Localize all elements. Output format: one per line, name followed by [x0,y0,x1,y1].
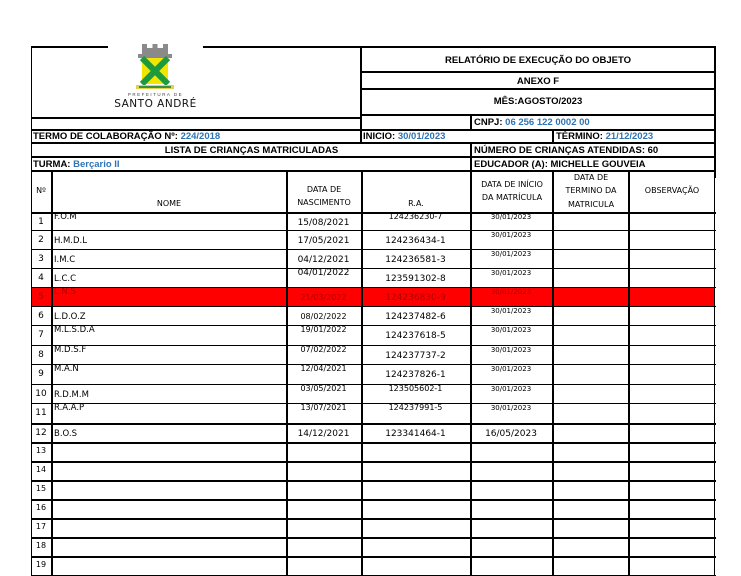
grid-line [31,461,716,463]
col-nascimento-l2: NASCIMENTO [287,198,361,207]
child-name: L.C.C [54,274,286,284]
row-number: 1 [31,217,51,227]
turma: TURMA: Berçario II [33,159,120,170]
table-row [31,537,714,556]
student-ra: 124237482-6 [361,312,470,322]
children-count: NÚMERO DE CRIANÇAS ATENDIDAS: 60 [474,145,658,156]
child-name: B.O.S [54,429,286,439]
col-termino-l2: TERMINO DA [553,186,629,195]
birth-date: 08/02/2022 [286,312,361,321]
grid-line [470,171,472,576]
grid-line [31,480,716,482]
educador: EDUCADOR (A): MICHELLE GOUVEIA [474,159,646,170]
grid-line [31,384,716,385]
logo-subtitle: PREFEITURA DE [108,92,203,97]
enrollment-start: 30/01/2023 [470,250,552,258]
row-number: 12 [31,428,51,438]
grid-line [31,537,716,539]
termino-value: 21/12/2023 [606,131,654,142]
row-number: 3 [31,254,51,264]
student-ra: 124236581-3 [361,255,470,265]
row-number: 15 [31,484,51,493]
birth-date: 04/01/2022 [286,268,361,278]
enrollment-start: 30/01/2023 [470,288,552,296]
child-name: H.M.D.L [54,236,286,246]
inicio-label: INICIO: [363,131,395,142]
border [31,46,32,178]
birth-date: 21/03/2022 [286,293,361,302]
cnpj-label: CNPJ: [474,117,503,128]
termino-label: TÉRMINO: [556,131,603,142]
grid-line [31,403,716,404]
border [31,117,361,119]
student-ra: 124237826-1 [361,370,470,380]
birth-date: 17/05/2021 [286,236,361,246]
grid-line [31,442,716,444]
grid-line [31,423,716,425]
col-inicio-l1: DATA DE INÍCIO [471,180,553,189]
border [552,129,554,143]
row-number: 13 [31,446,51,455]
row-number: 8 [31,350,51,360]
border [201,46,716,48]
child-name: M.A.N [54,364,286,374]
col-ra: R.A. [362,199,470,208]
child-name: M.D.S.F [54,345,286,355]
birth-date: 04/12/2021 [286,255,361,265]
border [31,46,111,48]
row-number: 6 [31,311,51,321]
grid-line [31,518,716,520]
row-number: 16 [31,503,51,512]
row-number: 10 [31,389,51,399]
student-ra: 124236830-9 [361,293,470,303]
student-ra: 124237991-5 [361,403,470,412]
annex-label: ANEXO F [362,76,714,87]
border [470,114,472,130]
birth-date: 12/04/2021 [286,364,361,373]
border [361,114,716,116]
student-ra: 124237737-2 [361,351,470,361]
col-nome: NOME [52,199,286,208]
table-row [31,461,714,480]
birth-date: 03/05/2021 [286,384,361,393]
enrollment-start: 16/05/2023 [470,429,552,439]
grid-line [552,171,554,576]
table-row [31,499,714,518]
enrollment-start: 30/01/2023 [470,385,552,393]
col-termino-l3: MATRICULA [553,200,629,209]
santo-andre-logo: PREFEITURA DE SANTO ANDRÉ [108,42,203,114]
student-ra: 123341464-1 [361,429,470,439]
grid-line [31,249,716,250]
student-ra: 123591302-8 [361,274,470,284]
cnpj-value: 06 256 122 0002 00 [505,117,590,128]
birth-date: 07/02/2022 [286,345,361,354]
grid-line [31,306,716,307]
grid-line [286,171,288,576]
month-label: MÊS:AGOSTO/2023 [362,96,714,107]
row-number: 11 [31,408,51,418]
child-name: L.D.O.Z [54,312,286,322]
col-termino-l1: DATA DE [553,173,629,182]
row-number: 14 [31,465,51,474]
enrollment-start: 30/01/2023 [470,326,552,334]
turma-label: TURMA: [33,159,70,170]
enrollment-start: 30/01/2023 [470,365,552,373]
table-row [31,480,714,499]
birth-date: 15/08/2021 [286,218,361,228]
logo-city: SANTO ANDRÉ [108,98,203,110]
child-name: R.A.A.P [54,403,286,413]
grid-line [628,171,630,576]
grid-line [31,268,716,269]
grid-line [31,325,716,326]
grid-line [31,499,716,501]
table-row [31,442,714,461]
col-nascimento-l1: DATA DE [287,185,361,194]
inicio-value: 30/01/2023 [398,131,446,142]
grid-line [361,171,363,576]
border [361,88,716,90]
grid-line [31,287,716,288]
row-number: 7 [31,330,51,340]
grid-line [31,556,716,558]
turma-value: Berçario II [73,159,119,170]
student-ra: 123505602-1 [361,384,470,393]
border [361,71,716,73]
termo-value: 224/2018 [181,131,221,142]
row-number: 2 [31,235,51,245]
child-name: L.N.S [54,287,286,297]
col-num: Nº [33,186,49,195]
row-number: 19 [31,560,51,569]
student-ra: 124237618-5 [361,331,470,341]
student-ra: 124236434-1 [361,236,470,246]
birth-date: 13/07/2021 [286,403,361,412]
row-number: 17 [31,522,51,531]
grid-line [714,171,715,576]
grid-line [51,171,53,576]
report-title: RELATÓRIO DE EXECUÇÃO DO OBJETO [362,55,714,66]
termo-label: TERMO DE COLABORAÇÃO Nº: [33,131,178,142]
enrollment-start: 30/01/2023 [470,269,552,277]
enrollment-start: 30/01/2023 [470,213,552,221]
cnpj: CNPJ: 06 256 122 0002 00 [474,117,590,128]
enrollment-start: 30/01/2023 [470,307,552,315]
table-row [31,518,714,537]
table-row [31,556,714,575]
termino: TÉRMINO: 21/12/2023 [556,131,653,142]
birth-date: 19/01/2022 [286,325,361,334]
grid-line [31,230,716,231]
enrollment-start: 30/01/2023 [470,404,552,412]
enrollment-start: 30/01/2023 [470,346,552,354]
inicio: INICIO: 30/01/2023 [363,131,445,142]
col-obs: OBSERVAÇÃO [629,186,715,195]
grid-line [31,345,716,346]
grid-line [31,171,716,172]
child-name: R.D.M.M [54,390,286,400]
grid-line [31,364,716,365]
row-number: 9 [31,369,51,379]
enrollment-start: 30/01/2023 [470,231,552,239]
birth-date: 14/12/2021 [286,429,361,439]
row-number: 18 [31,541,51,550]
col-inicio-l2: DA MATRÍCULA [471,193,553,202]
termo-colaboracao: TERMO DE COLABORAÇÃO Nº: 224/2018 [33,131,220,142]
border [714,46,716,178]
grid-line [31,171,32,576]
row-number: 5 [31,292,51,302]
grid-line [31,212,716,214]
border [31,142,716,144]
row-number: 4 [31,273,51,283]
child-name: M.L.S.D.A [54,325,286,335]
child-name: I.M.C [54,255,286,265]
list-title: LISTA DE CRIANÇAS MATRICULADAS [33,145,470,156]
border [31,156,716,158]
